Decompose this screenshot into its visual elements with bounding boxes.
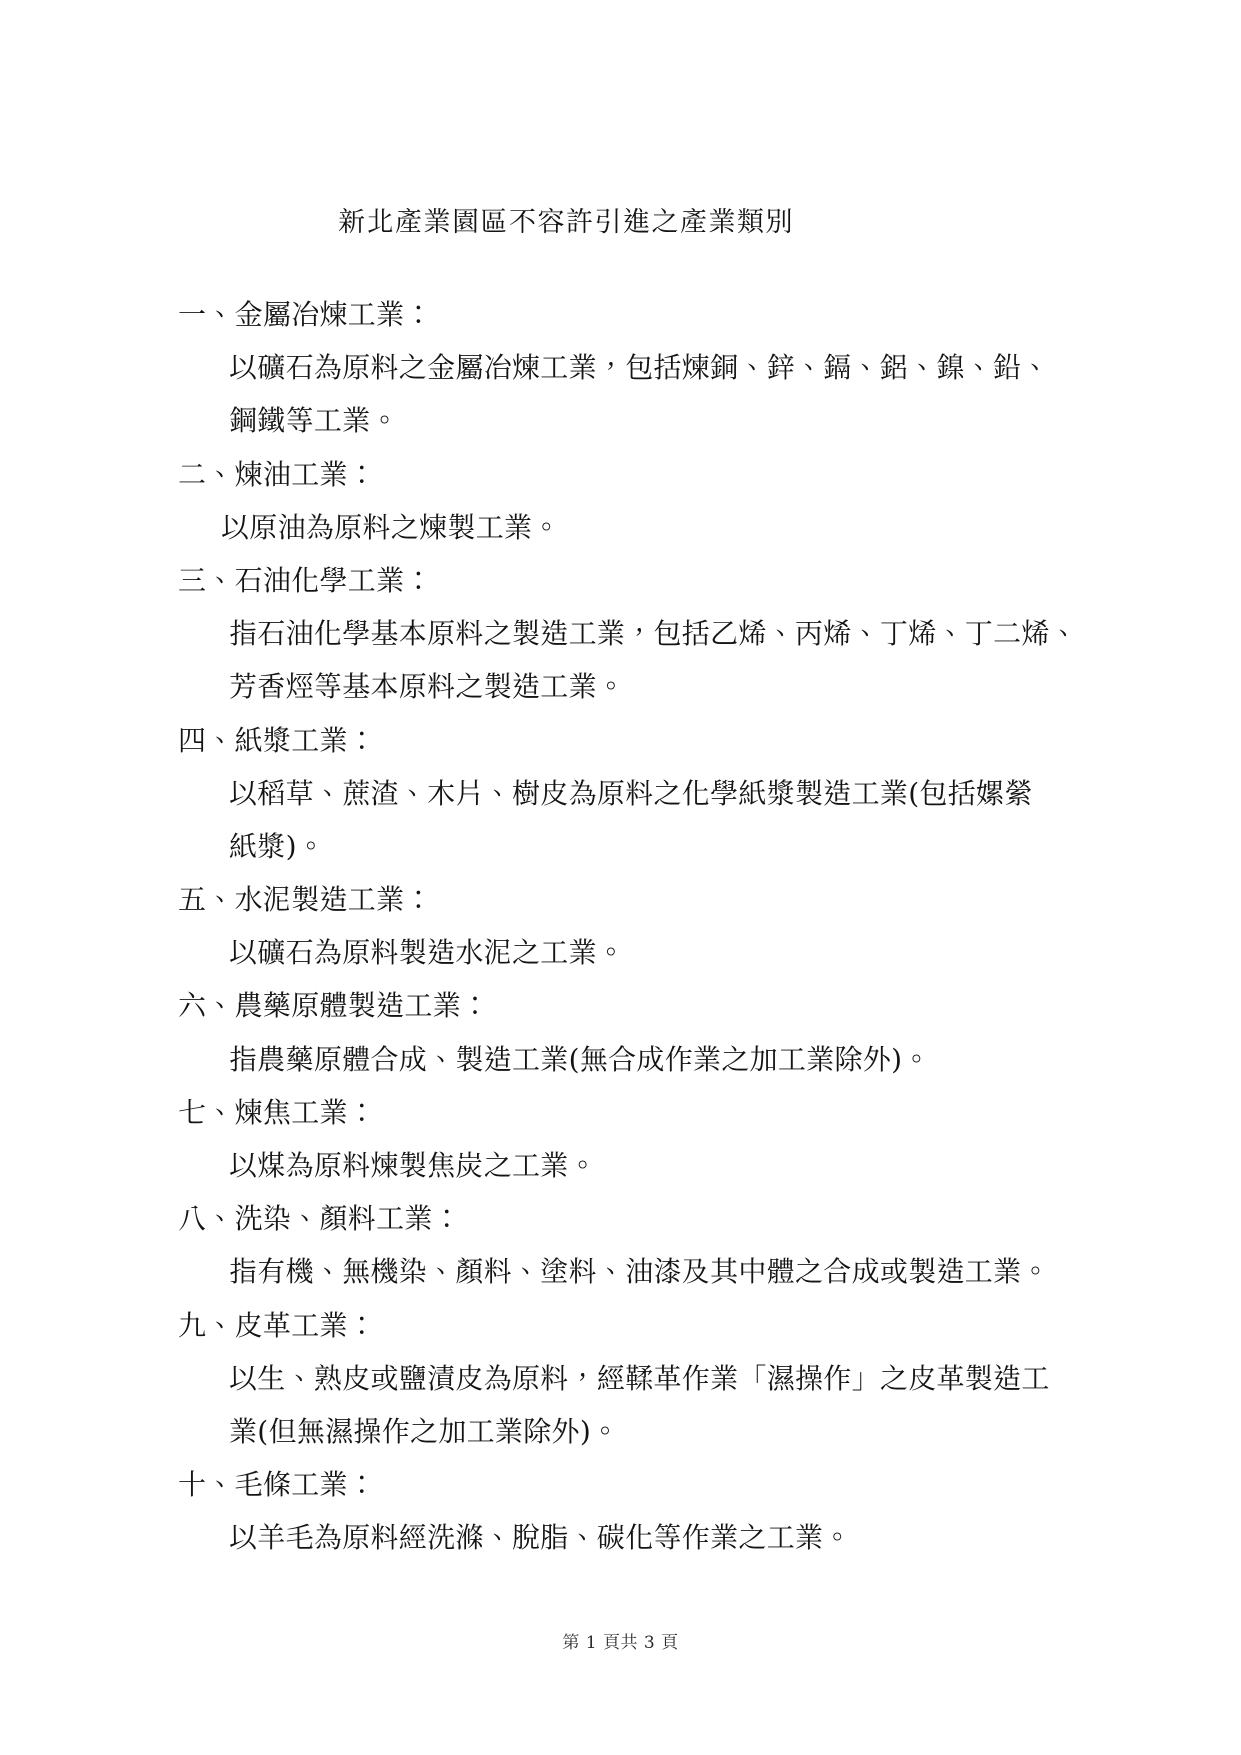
list-item-header-2: 二、煉油工業： bbox=[0, 448, 1241, 501]
list-item-body: 以礦石為原料之金屬冶煉工業，包括煉銅、鋅、鎘、鋁、鎳、鉛、 bbox=[0, 341, 1241, 394]
list-item-header-3: 三、石油化學工業： bbox=[0, 554, 1241, 607]
list-item-body: 業(但無濕操作之加工業除外)。 bbox=[0, 1405, 1241, 1458]
list-item-header-10: 十、毛條工業： bbox=[0, 1458, 1241, 1511]
list-item-header-9: 九、皮革工業： bbox=[0, 1299, 1241, 1352]
page-title: 新北產業園區不容許引進之產業類別 bbox=[338, 200, 794, 239]
list-item-header-1: 一、金屬冶煉工業： bbox=[0, 288, 1241, 341]
page-number: 第 1 頁共 3 頁 bbox=[0, 1628, 1241, 1653]
list-item-header-8: 八、洗染、顏料工業： bbox=[0, 1192, 1241, 1245]
list-item-body: 紙漿)。 bbox=[0, 820, 1241, 873]
list-item-body: 鋼鐵等工業。 bbox=[0, 394, 1241, 447]
document-page: 新北產業園區不容許引進之產業類別 一、金屬冶煉工業： 以礦石為原料之金屬冶煉工業… bbox=[0, 0, 1241, 1755]
list-item-header-5: 五、水泥製造工業： bbox=[0, 873, 1241, 926]
list-item-body: 芳香烴等基本原料之製造工業。 bbox=[0, 660, 1241, 713]
list-item-header-7: 七、煉焦工業： bbox=[0, 1086, 1241, 1139]
list-item-body: 以稻草、蔗渣、木片、樹皮為原料之化學紙漿製造工業(包括嫘縈 bbox=[0, 767, 1241, 820]
list-item-body: 以生、熟皮或鹽漬皮為原料，經鞣革作業「濕操作」之皮革製造工 bbox=[0, 1352, 1241, 1405]
industry-list: 一、金屬冶煉工業： 以礦石為原料之金屬冶煉工業，包括煉銅、鋅、鎘、鋁、鎳、鉛、 … bbox=[0, 288, 1241, 1565]
list-item-body: 以原油為原料之煉製工業。 bbox=[0, 501, 1241, 554]
list-item-header-4: 四、紙漿工業： bbox=[0, 714, 1241, 767]
list-item-body: 指石油化學基本原料之製造工業，包括乙烯、丙烯、丁烯、丁二烯、 bbox=[0, 607, 1241, 660]
list-item-body: 以礦石為原料製造水泥之工業。 bbox=[0, 926, 1241, 979]
list-item-body: 指有機、無機染、顏料、塗料、油漆及其中體之合成或製造工業。 bbox=[0, 1245, 1241, 1298]
list-item-header-6: 六、農藥原體製造工業： bbox=[0, 979, 1241, 1032]
list-item-body: 以羊毛為原料經洗滌、脫脂、碳化等作業之工業。 bbox=[0, 1511, 1241, 1564]
list-item-body: 指農藥原體合成、製造工業(無合成作業之加工業除外)。 bbox=[0, 1033, 1241, 1086]
list-item-body: 以煤為原料煉製焦炭之工業。 bbox=[0, 1139, 1241, 1192]
